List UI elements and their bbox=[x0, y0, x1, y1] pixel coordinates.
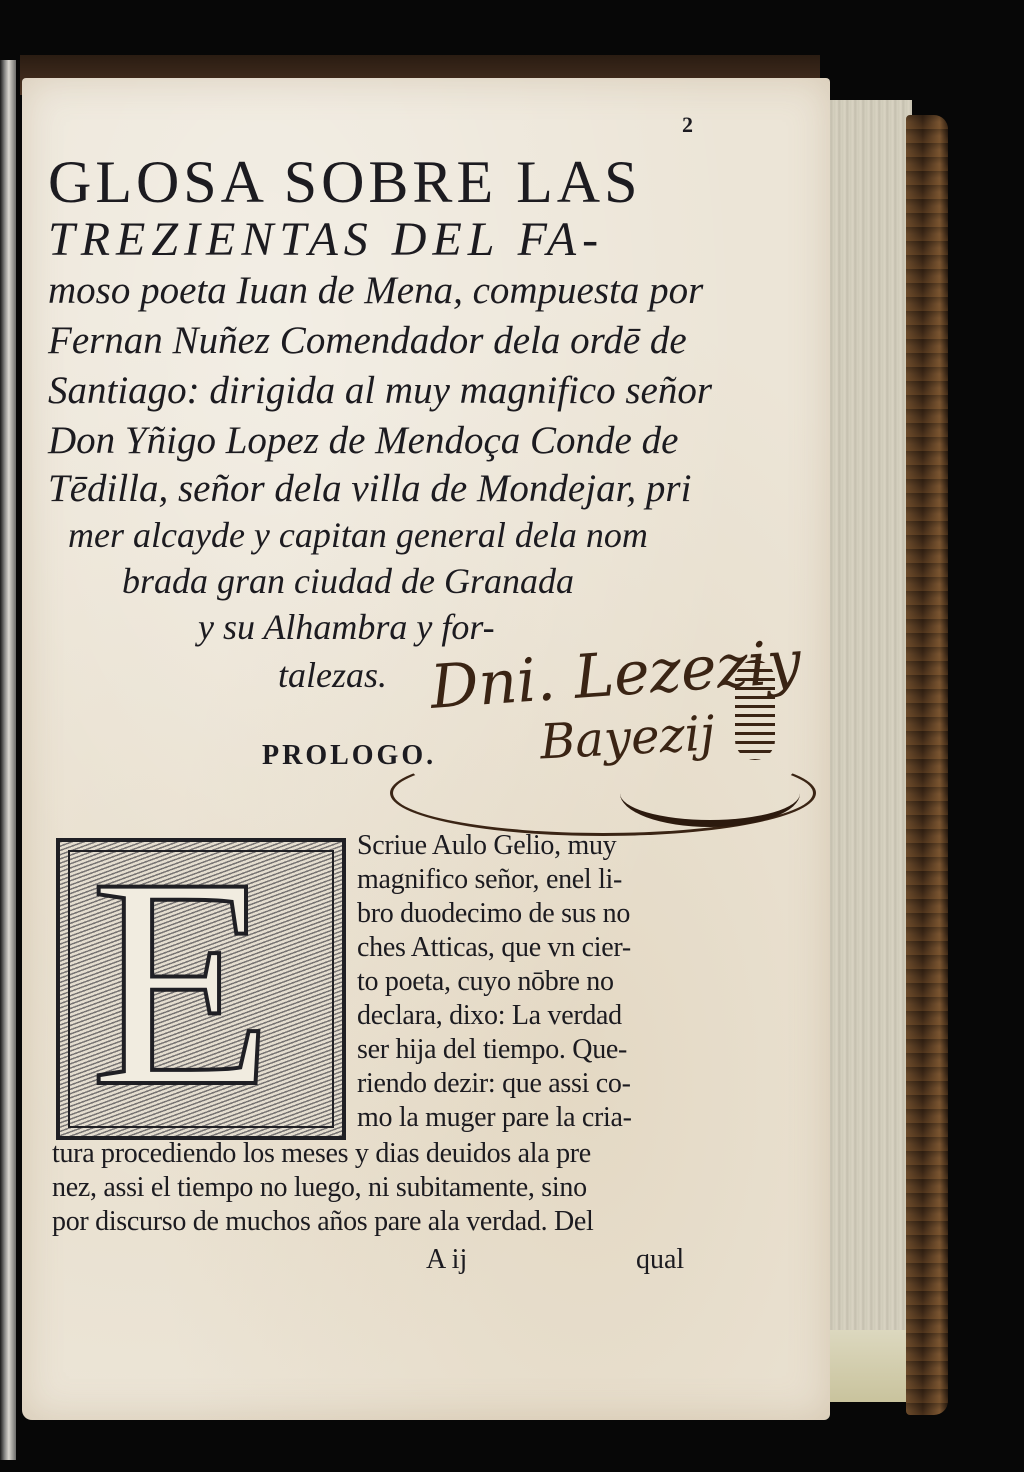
folio-number: 2 bbox=[682, 112, 693, 138]
adjacent-page-edge bbox=[0, 60, 16, 1460]
woodcut-initial: E bbox=[56, 838, 346, 1140]
text-block-edges bbox=[826, 100, 912, 1400]
body-line: tura procediendo los meses y dias deuido… bbox=[52, 1138, 591, 1170]
title-italic-line: Santiago: dirigida al muy magnifico seño… bbox=[48, 368, 712, 413]
title-italic-line: mer alcayde y capitan general dela nom bbox=[68, 514, 648, 556]
body-line: magnifico señor, enel li- bbox=[357, 864, 622, 896]
title-italic-line: moso poeta Iuan de Mena, compuesta por bbox=[48, 268, 703, 313]
title-line-2: TREZIENTAS DEL FA- bbox=[48, 212, 604, 267]
body-line: riendo dezir: que assi co- bbox=[357, 1068, 631, 1100]
body-line: to poeta, cuyo nōbre no bbox=[357, 966, 614, 998]
title-italic-line: y su Alhambra y for- bbox=[198, 606, 495, 648]
title-italic-line: brada gran ciudad de Granada bbox=[122, 560, 574, 602]
body-line: ches Atticas, que vn cier- bbox=[357, 932, 631, 964]
signature-mark: A ij bbox=[426, 1244, 467, 1276]
body-line: declara, dixo: La verdad bbox=[357, 1000, 622, 1032]
body-line: Scriue Aulo Gelio, muy bbox=[357, 830, 616, 862]
inscription-flourish-underline bbox=[620, 760, 800, 827]
body-line: por discurso de muchos años pare ala ver… bbox=[52, 1206, 594, 1238]
catchword: qual bbox=[636, 1244, 684, 1276]
inscription-flourish-coil bbox=[735, 660, 775, 760]
body-line: nez, assi el tiempo no luego, ni subitam… bbox=[52, 1172, 587, 1204]
leather-binding bbox=[906, 115, 948, 1415]
title-italic-line: Tēdilla, señor dela villa de Mondejar, p… bbox=[48, 466, 691, 511]
title-italic-line: Don Yñigo Lopez de Mendoça Conde de bbox=[48, 418, 678, 463]
body-line: ser hija del tiempo. Que- bbox=[357, 1034, 627, 1066]
body-line: bro duodecimo de sus no bbox=[357, 898, 630, 930]
title-italic-line: Fernan Nuñez Comendador dela ordē de bbox=[48, 318, 687, 363]
title-italic-line: talezas. bbox=[278, 654, 387, 696]
text-block-edges-bottom bbox=[826, 1330, 912, 1402]
body-line: mo la muger pare la cria- bbox=[357, 1102, 632, 1134]
section-heading: PROLOGO. bbox=[262, 740, 436, 772]
initial-letter: E bbox=[90, 832, 273, 1132]
title-line-1: GLOSA SOBRE LAS bbox=[48, 148, 641, 217]
